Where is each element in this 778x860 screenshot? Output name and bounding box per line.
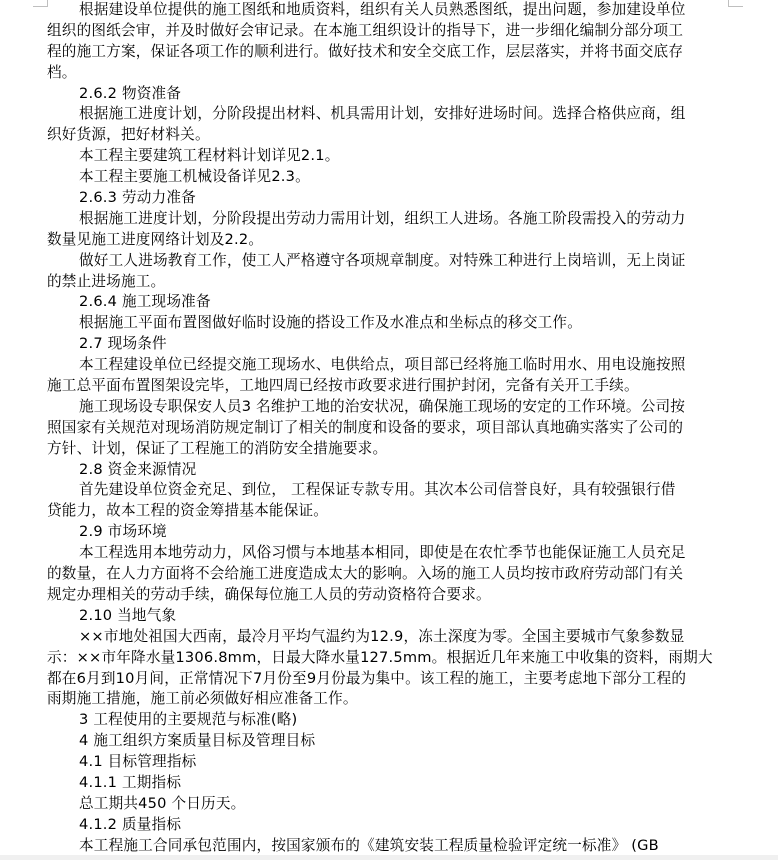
text-line: ××市地处祖国大西南，最冷月平均气温约为12.9，冻土深度为零。全国主要城市气象… xyxy=(47,627,737,648)
text-line: 雨期施工措施，施工前必须做好相应准备工作。 xyxy=(47,689,737,710)
text-line: 本工程主要施工机械设备详见2.3。 xyxy=(47,167,737,188)
text-line: 本工程建设单位已经提交施工现场水、电供给点，项目部已经将施工临时用水、用电设施按… xyxy=(47,355,737,376)
text-line: 2.8 资金来源情况 xyxy=(47,460,737,481)
text-line: 2.6.3 劳动力准备 xyxy=(47,188,737,209)
text-line: 本工程选用本地劳动力，风俗习惯与本地基本相同，即使是在农忙季节也能保证施工人员充… xyxy=(47,543,737,564)
text-line: 4 施工组织方案质量目标及管理目标 xyxy=(47,731,737,752)
text-line: 施工总平面布置图架设完毕，工地四周已经按市政要求进行围护封闭，完备有关开工手续。 xyxy=(47,376,737,397)
text-line: 4.1 目标管理指标 xyxy=(47,752,737,773)
text-line: 2.6.4 施工现场准备 xyxy=(47,292,737,313)
text-line: 的禁止进场施工。 xyxy=(47,272,737,293)
text-line: 的数量，在人力方面将不会给施工进度造成太大的影响。入场的施工人员均按市政府劳动部… xyxy=(47,564,737,585)
text-line: 根据建设单位提供的施工图纸和地质资料，组织有关人员熟悉图纸，提出问题，参加建设单… xyxy=(47,0,737,21)
text-line: 本工程主要建筑工程材料计划详见2.1。 xyxy=(47,146,737,167)
text-line: 本工程施工合同承包范围内，按国家颁布的《建筑安装工程质量检验评定统一标准》 (G… xyxy=(47,836,737,857)
text-line: 首先建设单位资金充足、到位， 工程保证专款专用。其次本公司信誉良好，具有较强银行… xyxy=(47,480,737,501)
text-line: 方针、计划，保证了工程施工的消防安全措施要求。 xyxy=(47,439,737,460)
text-line: 规定办理相关的劳动手续，确保每位施工人员的劳动资格符合要求。 xyxy=(47,585,737,606)
text-line: 2.7 现场条件 xyxy=(47,334,737,355)
text-line: 根据施工进度计划，分阶段提出劳动力需用计划，组织工人进场。各施工阶段需投入的劳动… xyxy=(47,209,737,230)
text-line: 数量见施工进度网络计划及2.2。 xyxy=(47,230,737,251)
text-line: 总工期共450 个日历天。 xyxy=(47,794,737,815)
text-line: 档。 xyxy=(47,63,737,84)
document-page: 根据建设单位提供的施工图纸和地质资料，组织有关人员熟悉图纸，提出问题，参加建设单… xyxy=(0,0,778,855)
text-line: 4.1.1 工期指标 xyxy=(47,773,737,794)
text-line: 2.9 市场环境 xyxy=(47,522,737,543)
text-line: 组织的图纸会审，并及时做好会审记录。在本施工组织设计的指导下，进一步细化编制分部… xyxy=(47,21,737,42)
text-line: 贷能力，故本工程的资金筹措基本能保证。 xyxy=(47,501,737,522)
text-line: 4.1.2 质量指标 xyxy=(47,815,737,836)
text-line: 示：××市年降水量1306.8mm，日最大降水量127.5mm。根据近几年来施工… xyxy=(47,648,737,669)
document-body: 根据建设单位提供的施工图纸和地质资料，组织有关人员熟悉图纸，提出问题，参加建设单… xyxy=(47,0,737,857)
text-line: 程的施工方案，保证各项工作的顺利进行。做好技术和安全交底工作，层层落实，并将书面… xyxy=(47,42,737,63)
text-line: 施工现场设专职保安人员3 名维护工地的治安状况，确保施工现场的安定的工作环境。公… xyxy=(47,397,737,418)
page-corner-mark-left xyxy=(33,0,48,7)
text-line: 做好工人进场教育工作，使工人严格遵守各项规章制度。对特殊工种进行上岗培训，无上岗… xyxy=(47,251,737,272)
text-line: 2.10 当地气象 xyxy=(47,606,737,627)
text-line: 3 工程使用的主要规范与标准(略) xyxy=(47,710,737,731)
text-line: 织好货源，把好材料关。 xyxy=(47,125,737,146)
text-line: 都在6月到10月间，正常情况下7月份至9月份最为集中。该工程的施工，主要考虑地下… xyxy=(47,669,737,690)
text-line: 照国家有关规范对现场消防规定制订了相关的制度和设备的要求，项目部认真地确实落实了… xyxy=(47,418,737,439)
text-line: 2.6.2 物资准备 xyxy=(47,84,737,105)
page-gap xyxy=(0,855,778,860)
text-line: 根据施工平面布置图做好临时设施的搭设工作及水准点和坐标点的移交工作。 xyxy=(47,313,737,334)
text-line: 根据施工进度计划，分阶段提出材料、机具需用计划，安排好进场时间。选择合格供应商，… xyxy=(47,104,737,125)
